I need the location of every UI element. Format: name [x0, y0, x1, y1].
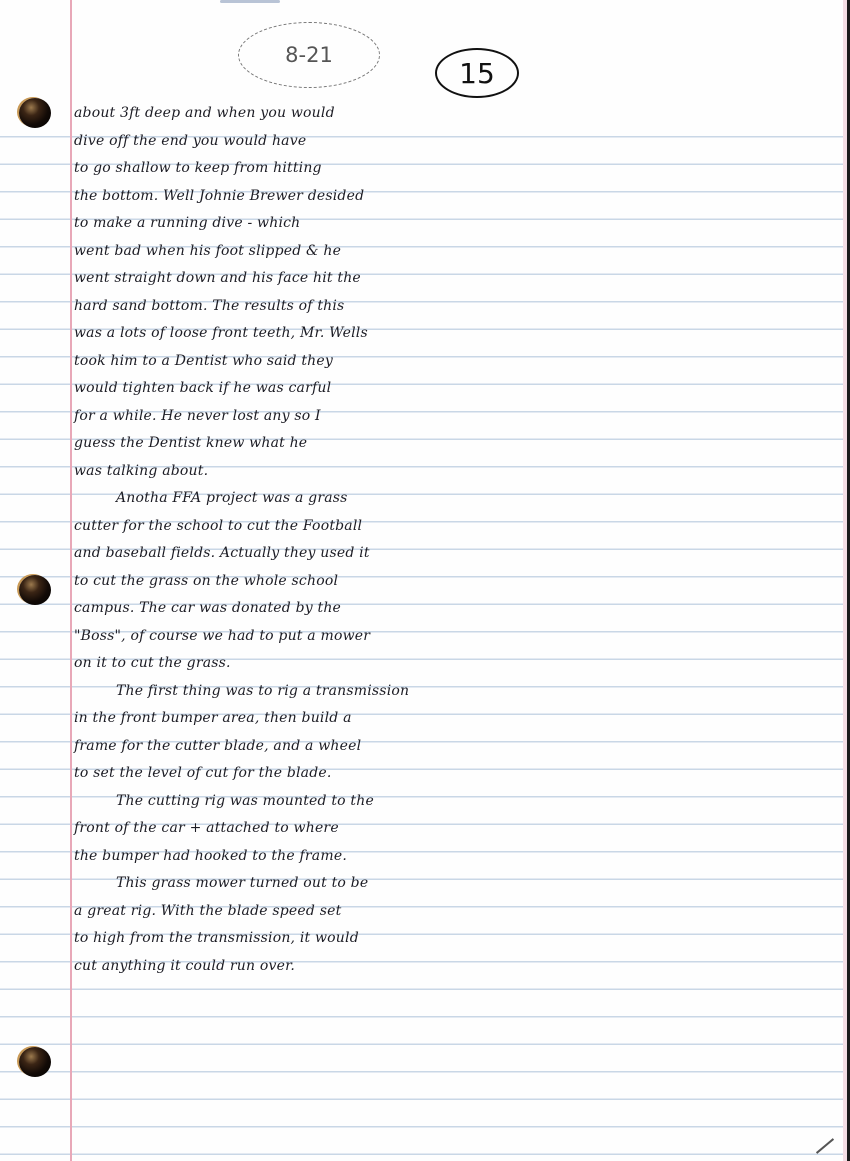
text-line: went straight down and his face hit the: [74, 265, 844, 293]
text-line: was talking about.: [74, 458, 844, 486]
text-line: took him to a Dentist who said they: [74, 348, 844, 376]
margin-line: [70, 0, 72, 1161]
text-line: in the front bumper area, then build a: [74, 705, 844, 733]
text-line: cutter for the school to cut the Footbal…: [74, 513, 844, 541]
text-line: hard sand bottom. The results of this: [74, 293, 844, 321]
date-label: 8-21: [238, 22, 380, 88]
text-line: front of the car + attached to where: [74, 815, 844, 843]
notebook-page: 8-21 15 about 3ft deep and when you woul…: [0, 0, 850, 1161]
text-line: was a lots of loose front teeth, Mr. Wel…: [74, 320, 844, 348]
text-line: The cutting rig was mounted to the: [74, 788, 844, 816]
text-line: the bottom. Well Johnie Brewer desided: [74, 183, 844, 211]
text-line: campus. The car was donated by the: [74, 595, 844, 623]
text-line: This grass mower turned out to be: [74, 870, 844, 898]
text-line: "Boss", of course we had to put a mower: [74, 623, 844, 651]
text-line: frame for the cutter blade, and a wheel: [74, 733, 844, 761]
binder-hole-icon: [19, 98, 51, 128]
text-line: for a while. He never lost any so I: [74, 403, 844, 431]
text-line: to cut the grass on the whole school: [74, 568, 844, 596]
text-line: to go shallow to keep from hitting: [74, 155, 844, 183]
text-line: The first thing was to rig a transmissio…: [74, 678, 844, 706]
handwritten-text: about 3ft deep and when you woulddive of…: [74, 100, 844, 980]
text-line: to make a running dive - which: [74, 210, 844, 238]
text-line: the bumper had hooked to the frame.: [74, 843, 844, 871]
text-line: to set the level of cut for the blade.: [74, 760, 844, 788]
text-line: about 3ft deep and when you would: [74, 100, 844, 128]
corner-mark: [816, 1138, 834, 1154]
text-line: went bad when his foot slipped & he: [74, 238, 844, 266]
text-line: Anotha FFA project was a grass: [74, 485, 844, 513]
text-line: and baseball fields. Actually they used …: [74, 540, 844, 568]
binder-hole-icon: [19, 575, 51, 605]
page-number: 15: [435, 48, 519, 98]
text-line: dive off the end you would have: [74, 128, 844, 156]
text-line: would tighten back if he was carful: [74, 375, 844, 403]
top-edge-shadow: [220, 0, 280, 3]
text-line: to high from the transmission, it would: [74, 925, 844, 953]
page-header-area: [0, 0, 850, 112]
text-line: cut anything it could run over.: [74, 953, 844, 981]
text-line: guess the Dentist knew what he: [74, 430, 844, 458]
text-line: a great rig. With the blade speed set: [74, 898, 844, 926]
text-line: on it to cut the grass.: [74, 650, 844, 678]
binder-hole-icon: [19, 1047, 51, 1077]
